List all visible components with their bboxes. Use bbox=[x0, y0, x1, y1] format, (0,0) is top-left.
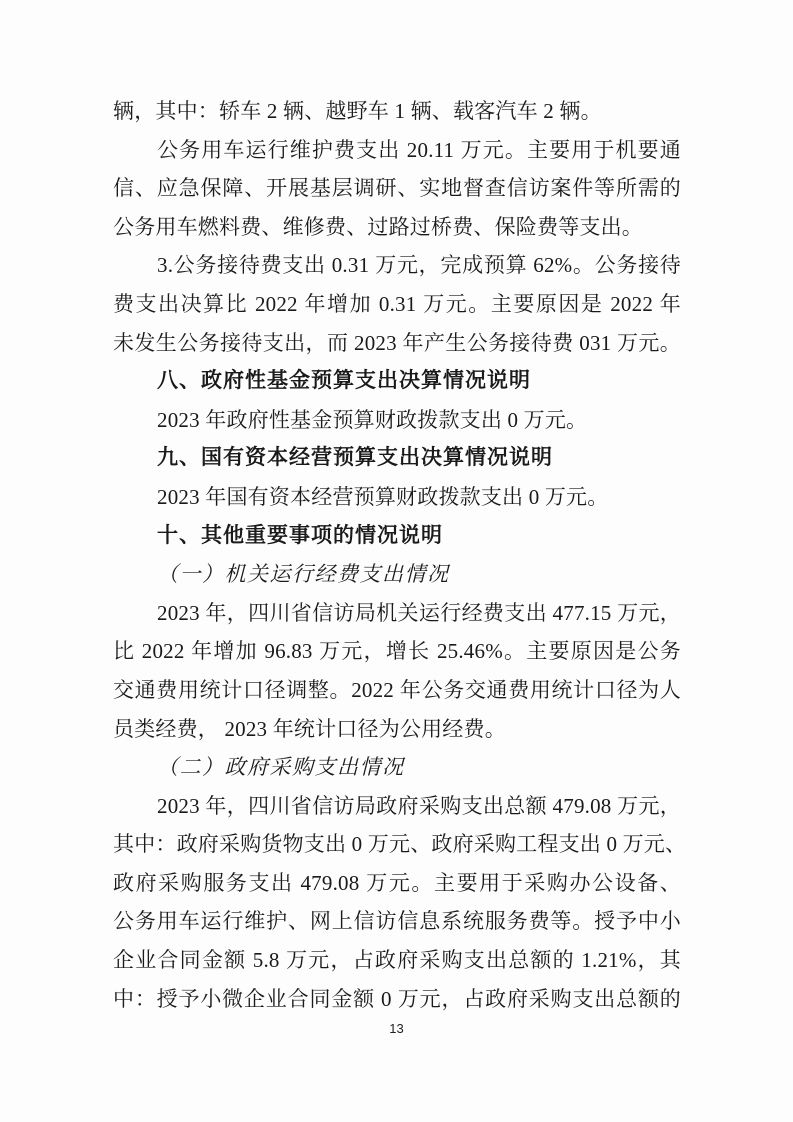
text-line: 辆，其中：轿车 2 辆、越野车 1 辆、载客汽车 2 辆。 bbox=[113, 92, 681, 131]
text-line: 2023 年，四川省信访局机关运行经费支出 477.15 万元， bbox=[113, 594, 681, 633]
text-line: 其中：政府采购货物支出 0 万元、政府采购工程支出 0 万元、 bbox=[113, 825, 681, 864]
text-line: 员类经费， 2023 年统计口径为公用经费。 bbox=[113, 710, 681, 749]
text-line: （二）政府采购支出情况 bbox=[113, 748, 681, 787]
text-line: （一）机关运行经费支出情况 bbox=[113, 555, 681, 594]
text-line: 交通费用统计口径调整。2022 年公务交通费用统计口径为人 bbox=[113, 671, 681, 710]
text-line: 2023 年，四川省信访局政府采购支出总额 479.08 万元， bbox=[113, 787, 681, 826]
text-line: 公务用车燃料费、维修费、过路过桥费、保险费等支出。 bbox=[113, 208, 681, 247]
text-line: 八、政府性基金预算支出决算情况说明 bbox=[113, 362, 681, 401]
document-page: 辆，其中：轿车 2 辆、越野车 1 辆、载客汽车 2 辆。公务用车运行维护费支出… bbox=[0, 0, 793, 1122]
text-line: 2023 年政府性基金预算财政拨款支出 0 万元。 bbox=[113, 401, 681, 440]
text-line: 政府采购服务支出 479.08 万元。主要用于采购办公设备、 bbox=[113, 864, 681, 903]
text-line: 未发生公务接待支出，而 2023 年产生公务接待费 031 万元。 bbox=[113, 324, 681, 363]
text-line: 企业合同金额 5.8 万元，占政府采购支出总额的 1.21%，其 bbox=[113, 941, 681, 980]
text-line: 信、应急保障、开展基层调研、实地督查信访案件等所需的 bbox=[113, 169, 681, 208]
text-line: 公务用车运行维护费支出 20.11 万元。主要用于机要通 bbox=[113, 131, 681, 170]
text-line: 十、其他重要事项的情况说明 bbox=[113, 517, 681, 556]
text-line: 2023 年国有资本经营预算财政拨款支出 0 万元。 bbox=[113, 478, 681, 517]
text-line: 费支出决算比 2022 年增加 0.31 万元。主要原因是 2022 年 bbox=[113, 285, 681, 324]
document-body: 辆，其中：轿车 2 辆、越野车 1 辆、载客汽车 2 辆。公务用车运行维护费支出… bbox=[113, 92, 681, 1018]
text-line: 公务用车运行维护、网上信访信息系统服务费等。授予中小 bbox=[113, 902, 681, 941]
text-line: 九、国有资本经营预算支出决算情况说明 bbox=[113, 439, 681, 478]
text-line: 3.公务接待费支出 0.31 万元，完成预算 62%。公务接待 bbox=[113, 246, 681, 285]
text-line: 比 2022 年增加 96.83 万元，增长 25.46%。主要原因是公务 bbox=[113, 632, 681, 671]
page-footer: 13 bbox=[0, 1020, 793, 1038]
page-number: 13 bbox=[389, 1021, 403, 1036]
text-line: 中：授予小微企业合同金额 0 万元，占政府采购支出总额的 bbox=[113, 980, 681, 1019]
